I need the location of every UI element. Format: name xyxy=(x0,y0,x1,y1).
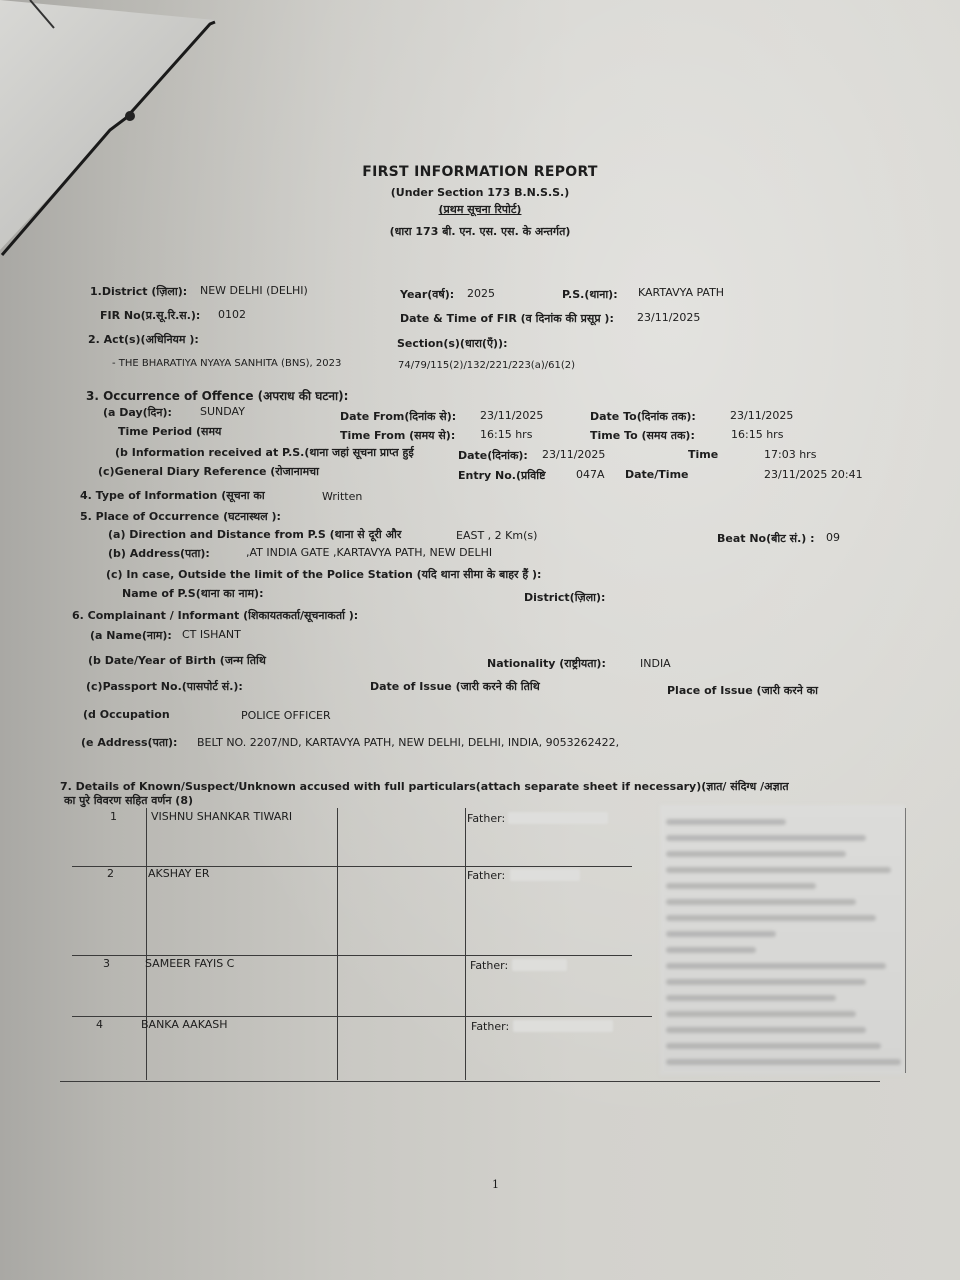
place-address-value: ,AT INDIA GATE ,KARTAVYA PATH, NEW DELHI xyxy=(246,546,492,559)
accused-father-label: Father: xyxy=(471,1020,509,1033)
outside-district-label: District(ज़िला): xyxy=(524,590,605,605)
accused-name: SAMEER FAYIS C xyxy=(145,957,234,970)
date-to-value: 23/11/2025 xyxy=(730,409,793,422)
complainant-name-value: CT ISHANT xyxy=(182,628,241,641)
accused-number: 4 xyxy=(96,1018,103,1031)
outside-ps-name-label: Name of P.S(थाना का नाम): xyxy=(122,586,263,601)
year-label: Year(वर्ष): xyxy=(400,287,454,302)
beat-label: Beat No(बीट सं.) : xyxy=(717,531,815,546)
accused-name: AKSHAY ER xyxy=(148,867,209,880)
complainant-heading: 6. Complainant / Informant (शिकायतकर्ता/… xyxy=(72,608,358,623)
document-page: FIRST INFORMATION REPORT (Under Section … xyxy=(0,0,960,1280)
date-to-label: Date To(दिनांक तक): xyxy=(590,409,696,424)
place-address-label: (b) Address(पता): xyxy=(108,546,210,561)
info-time-value: 17:03 hrs xyxy=(764,448,816,461)
beat-value: 09 xyxy=(826,531,840,544)
time-from-value: 16:15 hrs xyxy=(480,428,532,441)
fir-datetime-value: 23/11/2025 xyxy=(637,311,700,324)
ps-value: KARTAVYA PATH xyxy=(638,286,724,299)
outside-limit-label: (c) In case, Outside the limit of the Po… xyxy=(106,567,541,582)
report-hindi-subtitle: (धारा 173 बी. एन. एस. एस. के अन्तर्गत) xyxy=(0,224,960,239)
gd-datetime-value: 23/11/2025 20:41 xyxy=(764,468,863,481)
accused-name: VISHNU SHANKAR TIWARI xyxy=(151,810,292,823)
accused-heading: 7. Details of Known/Suspect/Unknown accu… xyxy=(60,779,789,794)
date-of-issue-label: Date of Issue (जारी करने की तिथि xyxy=(370,679,540,694)
complainant-address-value: BELT NO. 2207/ND, KARTAVYA PATH, NEW DEL… xyxy=(197,736,619,749)
sections-label: Section(s)(धारा(एँ)): xyxy=(397,336,507,351)
occupation-value: POLICE OFFICER xyxy=(241,709,331,722)
info-time-label: Time xyxy=(688,448,718,461)
accused-father-label: Father: xyxy=(467,812,505,825)
entry-number-value: 047A xyxy=(576,468,605,481)
redacted-father-name xyxy=(510,869,580,881)
info-type-value: Written xyxy=(322,490,362,503)
report-subtitle: (Under Section 173 B.N.S.S.) xyxy=(0,186,960,199)
time-from-label: Time From (समय से): xyxy=(340,428,455,443)
table-col-line xyxy=(337,808,338,1080)
nationality-value: INDIA xyxy=(640,657,671,670)
occurrence-heading: 3. Occurrence of Offence (अपराध की घटना)… xyxy=(86,387,348,404)
report-title: FIRST INFORMATION REPORT xyxy=(0,164,960,180)
day-label: (a Day(दिन): xyxy=(103,405,172,420)
fir-number-label: FIR No(प्र.सू.रि.स.): xyxy=(100,308,200,323)
gd-reference-label: (c)General Diary Reference (रोजानामचा xyxy=(98,464,319,479)
time-period-label: Time Period (समय xyxy=(118,424,221,439)
passport-label: (c)Passport No.(पासपोर्ट सं.): xyxy=(86,679,243,694)
redacted-address-block xyxy=(660,805,905,1075)
sections-value: 74/79/115(2)/132/221/223(a)/61(2) xyxy=(398,360,575,371)
table-row-line xyxy=(72,1016,652,1017)
gd-datetime-label: Date/Time xyxy=(625,468,689,481)
dob-label: (b Date/Year of Birth (जन्म तिथि xyxy=(88,653,266,668)
accused-father-label: Father: xyxy=(467,869,505,882)
occupation-label: (d Occupation xyxy=(83,708,170,721)
entry-number-label: Entry No.(प्रविष्टि xyxy=(458,468,546,483)
redacted-father-name xyxy=(508,812,608,824)
table-col-line xyxy=(905,808,906,1073)
complainant-name-label: (a Name(नाम): xyxy=(90,628,172,643)
page-number: 1 xyxy=(492,1178,499,1191)
day-value: SUNDAY xyxy=(200,405,245,418)
info-date-label: Date(दिनांक): xyxy=(458,448,528,463)
table-col-line xyxy=(146,808,147,1080)
report-hindi-title: (प्रथम सूचना रिपोर्ट) xyxy=(0,202,960,217)
date-from-label: Date From(दिनांक से): xyxy=(340,409,456,424)
act-value: - THE BHARATIYA NYAYA SANHITA (BNS), 202… xyxy=(112,358,341,369)
place-heading: 5. Place of Occurrence (घटनास्थल ): xyxy=(80,509,281,524)
acts-label: 2. Act(s)(अधिनियम ): xyxy=(88,332,199,347)
table-row-line xyxy=(72,955,632,956)
accused-number: 3 xyxy=(103,957,110,970)
redacted-father-name xyxy=(513,1020,613,1032)
direction-value: EAST , 2 Km(s) xyxy=(456,529,537,542)
time-to-label: Time To (समय तक): xyxy=(590,428,695,443)
table-bottom-line xyxy=(60,1081,880,1082)
year-value: 2025 xyxy=(467,287,495,300)
place-of-issue-label: Place of Issue (जारी करने का xyxy=(667,683,818,698)
info-received-label: (b Information received at P.S.(थाना जहा… xyxy=(115,445,414,460)
nationality-label: Nationality (राष्ट्रीयता): xyxy=(487,656,606,671)
date-from-value: 23/11/2025 xyxy=(480,409,543,422)
accused-name: BANKA AAKASH xyxy=(141,1018,228,1031)
accused-father-label: Father: xyxy=(470,959,508,972)
fir-datetime-label: Date & Time of FIR (व दिनांक की प्रसूप्र… xyxy=(400,311,614,326)
redacted-father-name xyxy=(512,959,567,971)
fir-number-value: 0102 xyxy=(218,308,246,321)
accused-number: 1 xyxy=(110,810,117,823)
info-date-value: 23/11/2025 xyxy=(542,448,605,461)
time-to-value: 16:15 hrs xyxy=(731,428,783,441)
ps-label: P.S.(थाना): xyxy=(562,287,618,302)
table-col-line xyxy=(465,808,466,1080)
direction-label: (a) Direction and Distance from P.S (थान… xyxy=(108,527,401,542)
accused-number: 2 xyxy=(107,867,114,880)
info-type-label: 4. Type of Information (सूचना का xyxy=(80,488,265,503)
district-value: NEW DELHI (DELHI) xyxy=(200,284,308,297)
district-label: 1.District (ज़िला): xyxy=(90,284,187,299)
complainant-address-label: (e Address(पता): xyxy=(81,735,177,750)
accused-heading-cont: का पुरे विवरण सहित वर्णन (8) xyxy=(64,793,193,808)
